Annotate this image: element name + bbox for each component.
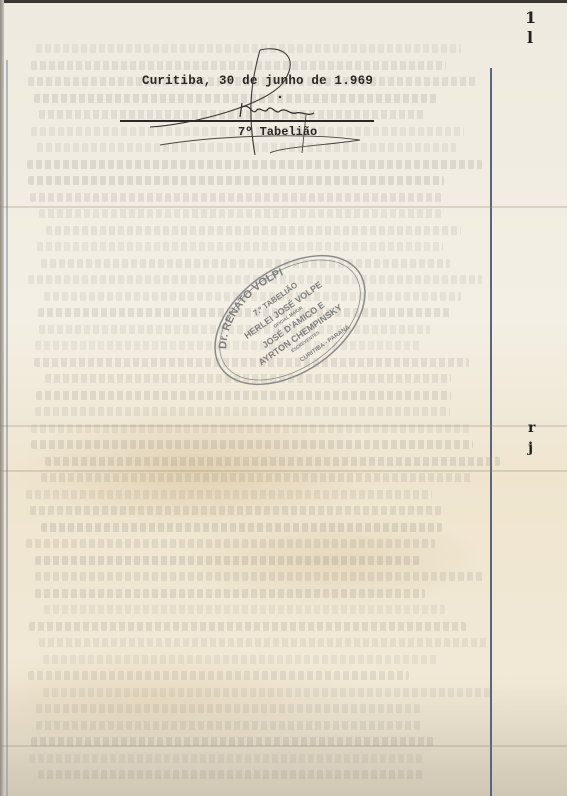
bleed-line	[39, 209, 441, 218]
bleed-line	[26, 539, 435, 548]
margin-mark: l	[527, 28, 533, 47]
margin-mark: j	[528, 440, 533, 456]
bleed-line	[46, 226, 462, 235]
bleed-line	[28, 671, 410, 680]
signature	[130, 45, 430, 165]
bleed-line	[43, 688, 490, 697]
bleed-line	[29, 754, 422, 763]
bleed-line	[43, 655, 436, 664]
bleed-line	[35, 572, 485, 581]
bleed-line	[41, 523, 442, 532]
right-margin-line	[490, 68, 492, 796]
document-page: Curitiba, 30 de junho de 1.969 7º Tabeli…	[0, 0, 567, 796]
margin-mark: r	[528, 420, 535, 436]
bleed-line	[30, 506, 441, 515]
bleed-line	[38, 770, 425, 779]
bleed-line	[45, 457, 499, 466]
bleed-line	[31, 424, 470, 433]
bleed-line	[35, 589, 425, 598]
bleed-line	[29, 622, 466, 631]
bleed-line	[44, 605, 445, 614]
bleed-line	[36, 704, 420, 713]
bleed-line	[41, 473, 472, 482]
bleed-line	[31, 737, 435, 746]
bleed-line	[36, 721, 421, 730]
page-left-edge	[0, 0, 4, 796]
bleed-line	[31, 440, 472, 449]
left-margin-line	[6, 60, 8, 796]
bleed-line	[30, 193, 444, 202]
signatory-title: 7º Tabelião	[238, 125, 317, 139]
bleed-line	[35, 407, 450, 416]
bleed-line	[28, 176, 444, 185]
signature-rule	[120, 120, 374, 122]
notary-stamp: Dr. RENATO VOLPI 7.º TABELIÃO HERLEI JOS…	[205, 245, 375, 395]
margin-mark: 1	[525, 8, 536, 27]
bleed-line	[39, 638, 489, 647]
bleed-line	[35, 556, 422, 565]
bleed-line	[26, 490, 432, 499]
